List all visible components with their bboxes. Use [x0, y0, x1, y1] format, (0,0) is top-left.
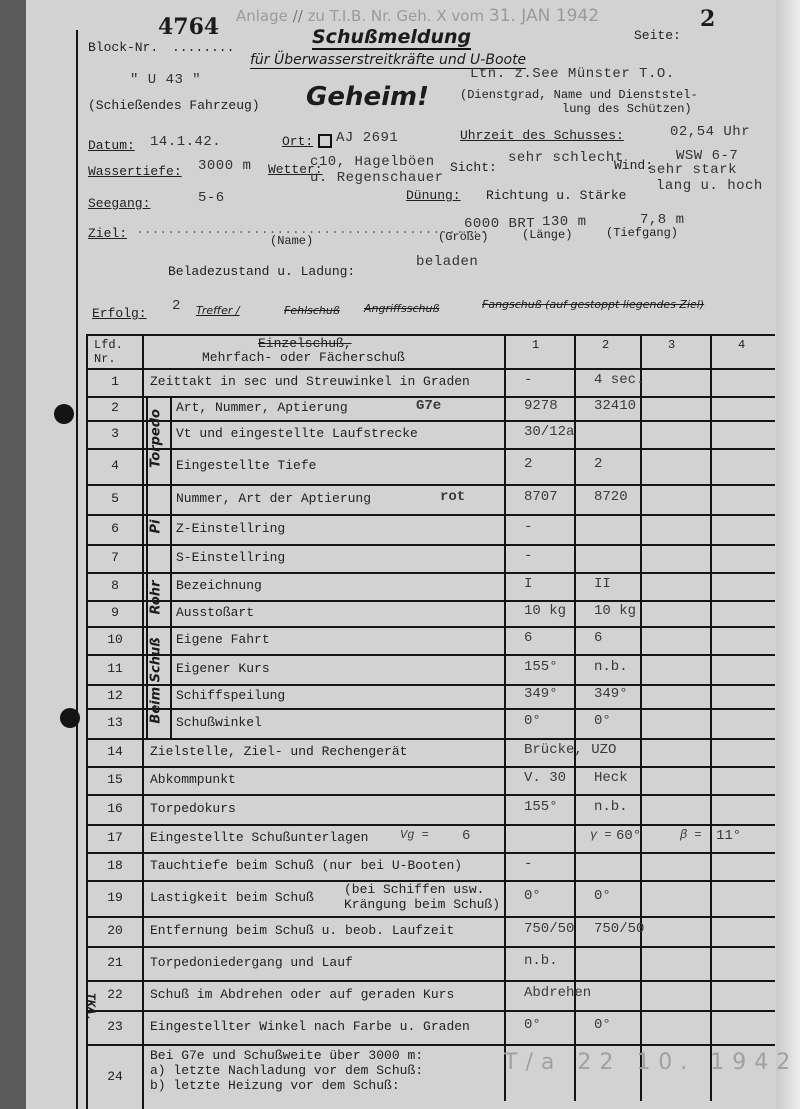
uhrzeit-label: Uhrzeit des Schusses: [460, 128, 624, 143]
cell-col-2: II [594, 576, 611, 592]
vessel-value: " U 43 " [130, 72, 201, 88]
page-label: Seite: [634, 28, 681, 43]
row-number: 4 [88, 458, 142, 473]
table-rule [86, 684, 775, 686]
row-label-note: (bei Schiffen usw. [344, 882, 484, 897]
row-label: Zielstelle, Ziel- und Rechengerät [150, 744, 407, 759]
row-number: 20 [88, 923, 142, 938]
row-label: Eingestellte Schußunterlagen [150, 830, 368, 845]
seegang-label: Seegang: [88, 196, 150, 211]
shooter-value: Ltn. z.See Münster T.O. [470, 66, 675, 82]
cell-col-1: - [524, 519, 532, 535]
row-label: Nummer, Art der Aptierung [176, 491, 371, 506]
cell-col-2: 8720 [594, 489, 628, 505]
table-rule [86, 1044, 775, 1046]
table-rule [86, 794, 775, 796]
archive-stamp: Anlage // zu T.I.B. Nr. Geh. X vom 31. J… [236, 6, 599, 26]
row-label: Z-Einstellring [176, 521, 285, 536]
row-note: G7e [416, 398, 441, 414]
row-label: Eigene Fahrt [176, 632, 270, 647]
page-number: 2 [700, 6, 715, 32]
wind-line2: sehr stark [648, 162, 737, 178]
row-label: S-Einstellring [176, 550, 285, 565]
row-label: Zeittakt in sec und Streuwinkel in Grade… [150, 374, 470, 389]
table-rule [86, 448, 775, 450]
header-col-1: 1 [532, 338, 539, 352]
cell-col-2: 2 [594, 456, 602, 472]
sicht-label: Sicht: [450, 160, 497, 175]
row-number: 24 [88, 1069, 142, 1084]
cell-col-1: Brücke, UZO [524, 742, 616, 758]
erfolg-label: Erfolg: [92, 306, 147, 321]
table-rule [86, 654, 775, 656]
ziel-label: Ziel: [88, 226, 127, 241]
cell-col-1: 30/12a [524, 424, 574, 440]
table-rule [86, 980, 775, 982]
erfolg-fangschuss: Fangschuß (auf gestoppt liegendes Ziel) [482, 298, 704, 311]
row-label: Art, Nummer, Aptierung [176, 400, 348, 415]
row-label-a: a) letzte Nachladung vor dem Schuß: [150, 1063, 423, 1078]
row-number: 16 [88, 801, 142, 816]
cell-col-2: 0° [594, 1017, 611, 1033]
cell-col-2: 349° [594, 686, 628, 702]
row-label: Bei G7e und Schußweite über 3000 m: [150, 1048, 423, 1063]
cell-col-1: 10 kg [524, 603, 566, 619]
erfolg-count: 2 [172, 298, 181, 314]
header-nr: Lfd. Nr. [94, 338, 142, 366]
erfolg-fehlschuss: Fehlschuß [284, 304, 340, 317]
duenung-caption: Richtung u. Stärke [486, 188, 626, 203]
wassertiefe-value: 3000 m [198, 158, 251, 174]
table-col-rule [640, 334, 642, 1101]
cell-col-2: 750/50 [594, 921, 644, 937]
ort-label: Ort: [282, 134, 313, 149]
row-label-note: Krängung beim Schuß) [344, 897, 500, 912]
block-number: 4764 [158, 14, 219, 40]
table-rule [86, 916, 775, 918]
datum-label: Datum: [88, 138, 135, 153]
group-label-0: Torpedo [149, 395, 164, 483]
cell-col-1: 8707 [524, 489, 558, 505]
cell-col-1: 750/50 [524, 921, 574, 937]
wetter-line2: u. Regenschauer [310, 170, 444, 186]
row-label: Schußwinkel [176, 715, 262, 730]
cell-col-1: Abdrehen [524, 985, 591, 1001]
row-number: 8 [88, 578, 142, 593]
header-col-2: 2 [602, 338, 609, 352]
row-number: 7 [88, 550, 142, 565]
cell-col-1: 2 [524, 456, 532, 472]
group-label-2: Rohr [149, 571, 164, 625]
cell-col-2: 4 sec. [594, 372, 644, 388]
row-label: Eingestellter Winkel nach Farbe u. Grade… [150, 1019, 470, 1034]
row-number: 15 [88, 772, 142, 787]
cell-col-2: n.b. [594, 659, 628, 675]
row-label: Bezeichnung [176, 578, 262, 593]
header-desc-line1: Einzelschuß, [258, 336, 352, 351]
cell-col-1: - [524, 372, 532, 388]
cell-col-2: 32410 [594, 398, 636, 414]
beladezustand-value: beladen [416, 254, 478, 270]
row-label: Lastigkeit beim Schuß [150, 890, 314, 905]
cell-col-2: 0° [594, 888, 611, 904]
wetter-line1: c10, Hagelböen [310, 154, 435, 170]
cell-col-1: - [524, 548, 532, 564]
table-rule [86, 626, 775, 628]
table-rule [86, 484, 775, 486]
sicht-value: sehr schlecht [508, 150, 624, 166]
row-label: Torpedoniedergang und Lauf [150, 955, 353, 970]
row-number: 13 [88, 715, 142, 730]
cell-col-2: 10 kg [594, 603, 636, 619]
vessel-caption: (Schießendes Fahrzeug) [88, 98, 260, 113]
cell-col-1: n.b. [524, 953, 558, 969]
table-rule [86, 766, 775, 768]
table-col-rule [142, 334, 144, 1109]
row-number: 18 [88, 858, 142, 873]
shooter-caption-1: (Dienstgrad, Name und Dienststel- [460, 88, 698, 102]
row-number: 12 [88, 688, 142, 703]
row-number: 11 [88, 661, 142, 676]
row-17-vg-value: 6 [462, 828, 470, 844]
group-label-1: Pi [149, 483, 164, 571]
row-number: 19 [88, 890, 142, 905]
cell-col-1: 0° [524, 1017, 541, 1033]
cell-col-1: 6 [524, 630, 532, 646]
header-col-4: 4 [738, 338, 745, 352]
erfolg-treffer: Treffer / [196, 304, 240, 317]
table-rule [86, 1010, 775, 1012]
row-label: Abkommpunkt [150, 772, 236, 787]
beladezustand-label: Beladezustand u. Ladung: [168, 264, 355, 279]
row-number: 14 [88, 744, 142, 759]
row-label: Ausstoßart [176, 605, 254, 620]
row-number: 3 [88, 426, 142, 441]
duenung-label: Dünung: [406, 188, 461, 203]
row-number: 1 [88, 374, 142, 389]
cell-col-1: 155° [524, 659, 558, 675]
row-number: 6 [88, 521, 142, 536]
cell-col-2: Heck [594, 770, 628, 786]
table-col-rule [504, 334, 506, 1101]
ort-value: AJ 2691 [336, 130, 398, 146]
ziel-tiefgang-caption: (Tiefgang) [606, 226, 678, 240]
table-rule [86, 572, 775, 574]
cell-col-1: 9278 [524, 398, 558, 414]
row-label: Eingestellte Tiefe [176, 458, 316, 473]
bottom-stamp: T/a 22 10. 1942 [504, 1050, 798, 1075]
table-rule [86, 420, 775, 422]
row-note: rot [440, 489, 465, 505]
row-label: Schuß im Abdrehen oder auf geraden Kurs [150, 987, 454, 1002]
table-rule [86, 946, 775, 948]
row-number: 5 [88, 491, 142, 506]
stamp-text: zu T.I.B. Nr. Geh. [308, 7, 432, 25]
table-rule [86, 738, 775, 740]
row-17-vg-label: Vg = [400, 828, 429, 842]
cell-col-1: I [524, 576, 532, 592]
wassertiefe-label: Wassertiefe: [88, 164, 182, 179]
row-label: Vt und eingestellte Laufstrecke [176, 426, 418, 441]
table-rule [86, 824, 775, 826]
page-edge [776, 0, 800, 1109]
row-label: Entfernung beim Schuß u. beob. Laufzeit [150, 923, 454, 938]
ort-box-icon [318, 134, 332, 148]
stamp-date-prefix: X vom [436, 7, 484, 25]
table-rule [86, 514, 775, 516]
block-dots: ........ [172, 40, 234, 55]
row-number: 17 [88, 830, 142, 845]
header-desc-line2: Mehrfach- oder Fächerschuß [202, 350, 405, 365]
ziel-laenge-caption: (Länge) [522, 228, 572, 242]
block-label: Block-Nr. [88, 40, 158, 55]
group-label-3: Beim Schuß [149, 625, 164, 737]
form-title: Schußmeldung [312, 26, 471, 50]
cell-col-1: 0° [524, 713, 541, 729]
margin-rule [76, 30, 78, 1109]
cell-col-2: 6 [594, 630, 602, 646]
erfolg-angriffsschuss: Angriffsschuß [364, 302, 439, 315]
cell-col-1: - [524, 856, 532, 872]
cell-col-1: V. 30 [524, 770, 566, 786]
stamp-date: 31. JAN 1942 [489, 6, 599, 26]
table-rule [86, 600, 775, 602]
ziel-groesse-caption: (Größe) [438, 230, 488, 244]
table-rule [86, 544, 775, 546]
row-label: Tauchtiefe beim Schuß (nur bei U-Booten) [150, 858, 462, 873]
cell-col-1: 349° [524, 686, 558, 702]
punch-hole-top [54, 404, 74, 424]
row-number: 10 [88, 632, 142, 647]
row-17-gamma-value: 60° [616, 828, 641, 844]
table-rule [86, 708, 775, 710]
cell-col-1: 155° [524, 799, 558, 815]
classification: Geheim! [306, 82, 429, 112]
header-col-3: 3 [668, 338, 675, 352]
row-label-b: b) letzte Heizung vor dem Schuß: [150, 1078, 400, 1093]
margin-stamp: TKA. [83, 993, 97, 1022]
row-17-beta-label: β = [680, 828, 702, 842]
cell-col-2: n.b. [594, 799, 628, 815]
row-label: Eigener Kurs [176, 661, 270, 676]
cell-col-1: 0° [524, 888, 541, 904]
table-col-rule [710, 334, 712, 1101]
table-rule [86, 368, 775, 370]
row-17-gamma-label: γ = [590, 828, 612, 842]
row-17-beta-value: 11° [716, 828, 741, 844]
table-rule [86, 334, 775, 336]
row-number: 2 [88, 400, 142, 415]
seegang-value: 5-6 [198, 190, 225, 206]
cell-col-2: 0° [594, 713, 611, 729]
row-label: Torpedokurs [150, 801, 236, 816]
uhrzeit-value: 02,54 Uhr [670, 124, 750, 140]
row-label: Schiffspeilung [176, 688, 285, 703]
stamp-prefix: Anlage [236, 7, 288, 25]
row-number: 9 [88, 605, 142, 620]
duenung-value: lang u. hoch [656, 178, 763, 194]
ziel-name-caption: (Name) [270, 234, 313, 248]
table-rule [86, 852, 775, 854]
row-number: 21 [88, 955, 142, 970]
table-col-rule [170, 396, 172, 738]
shooter-caption-2: lung des Schützen) [562, 102, 692, 116]
datum-value: 14.1.42. [150, 134, 221, 150]
